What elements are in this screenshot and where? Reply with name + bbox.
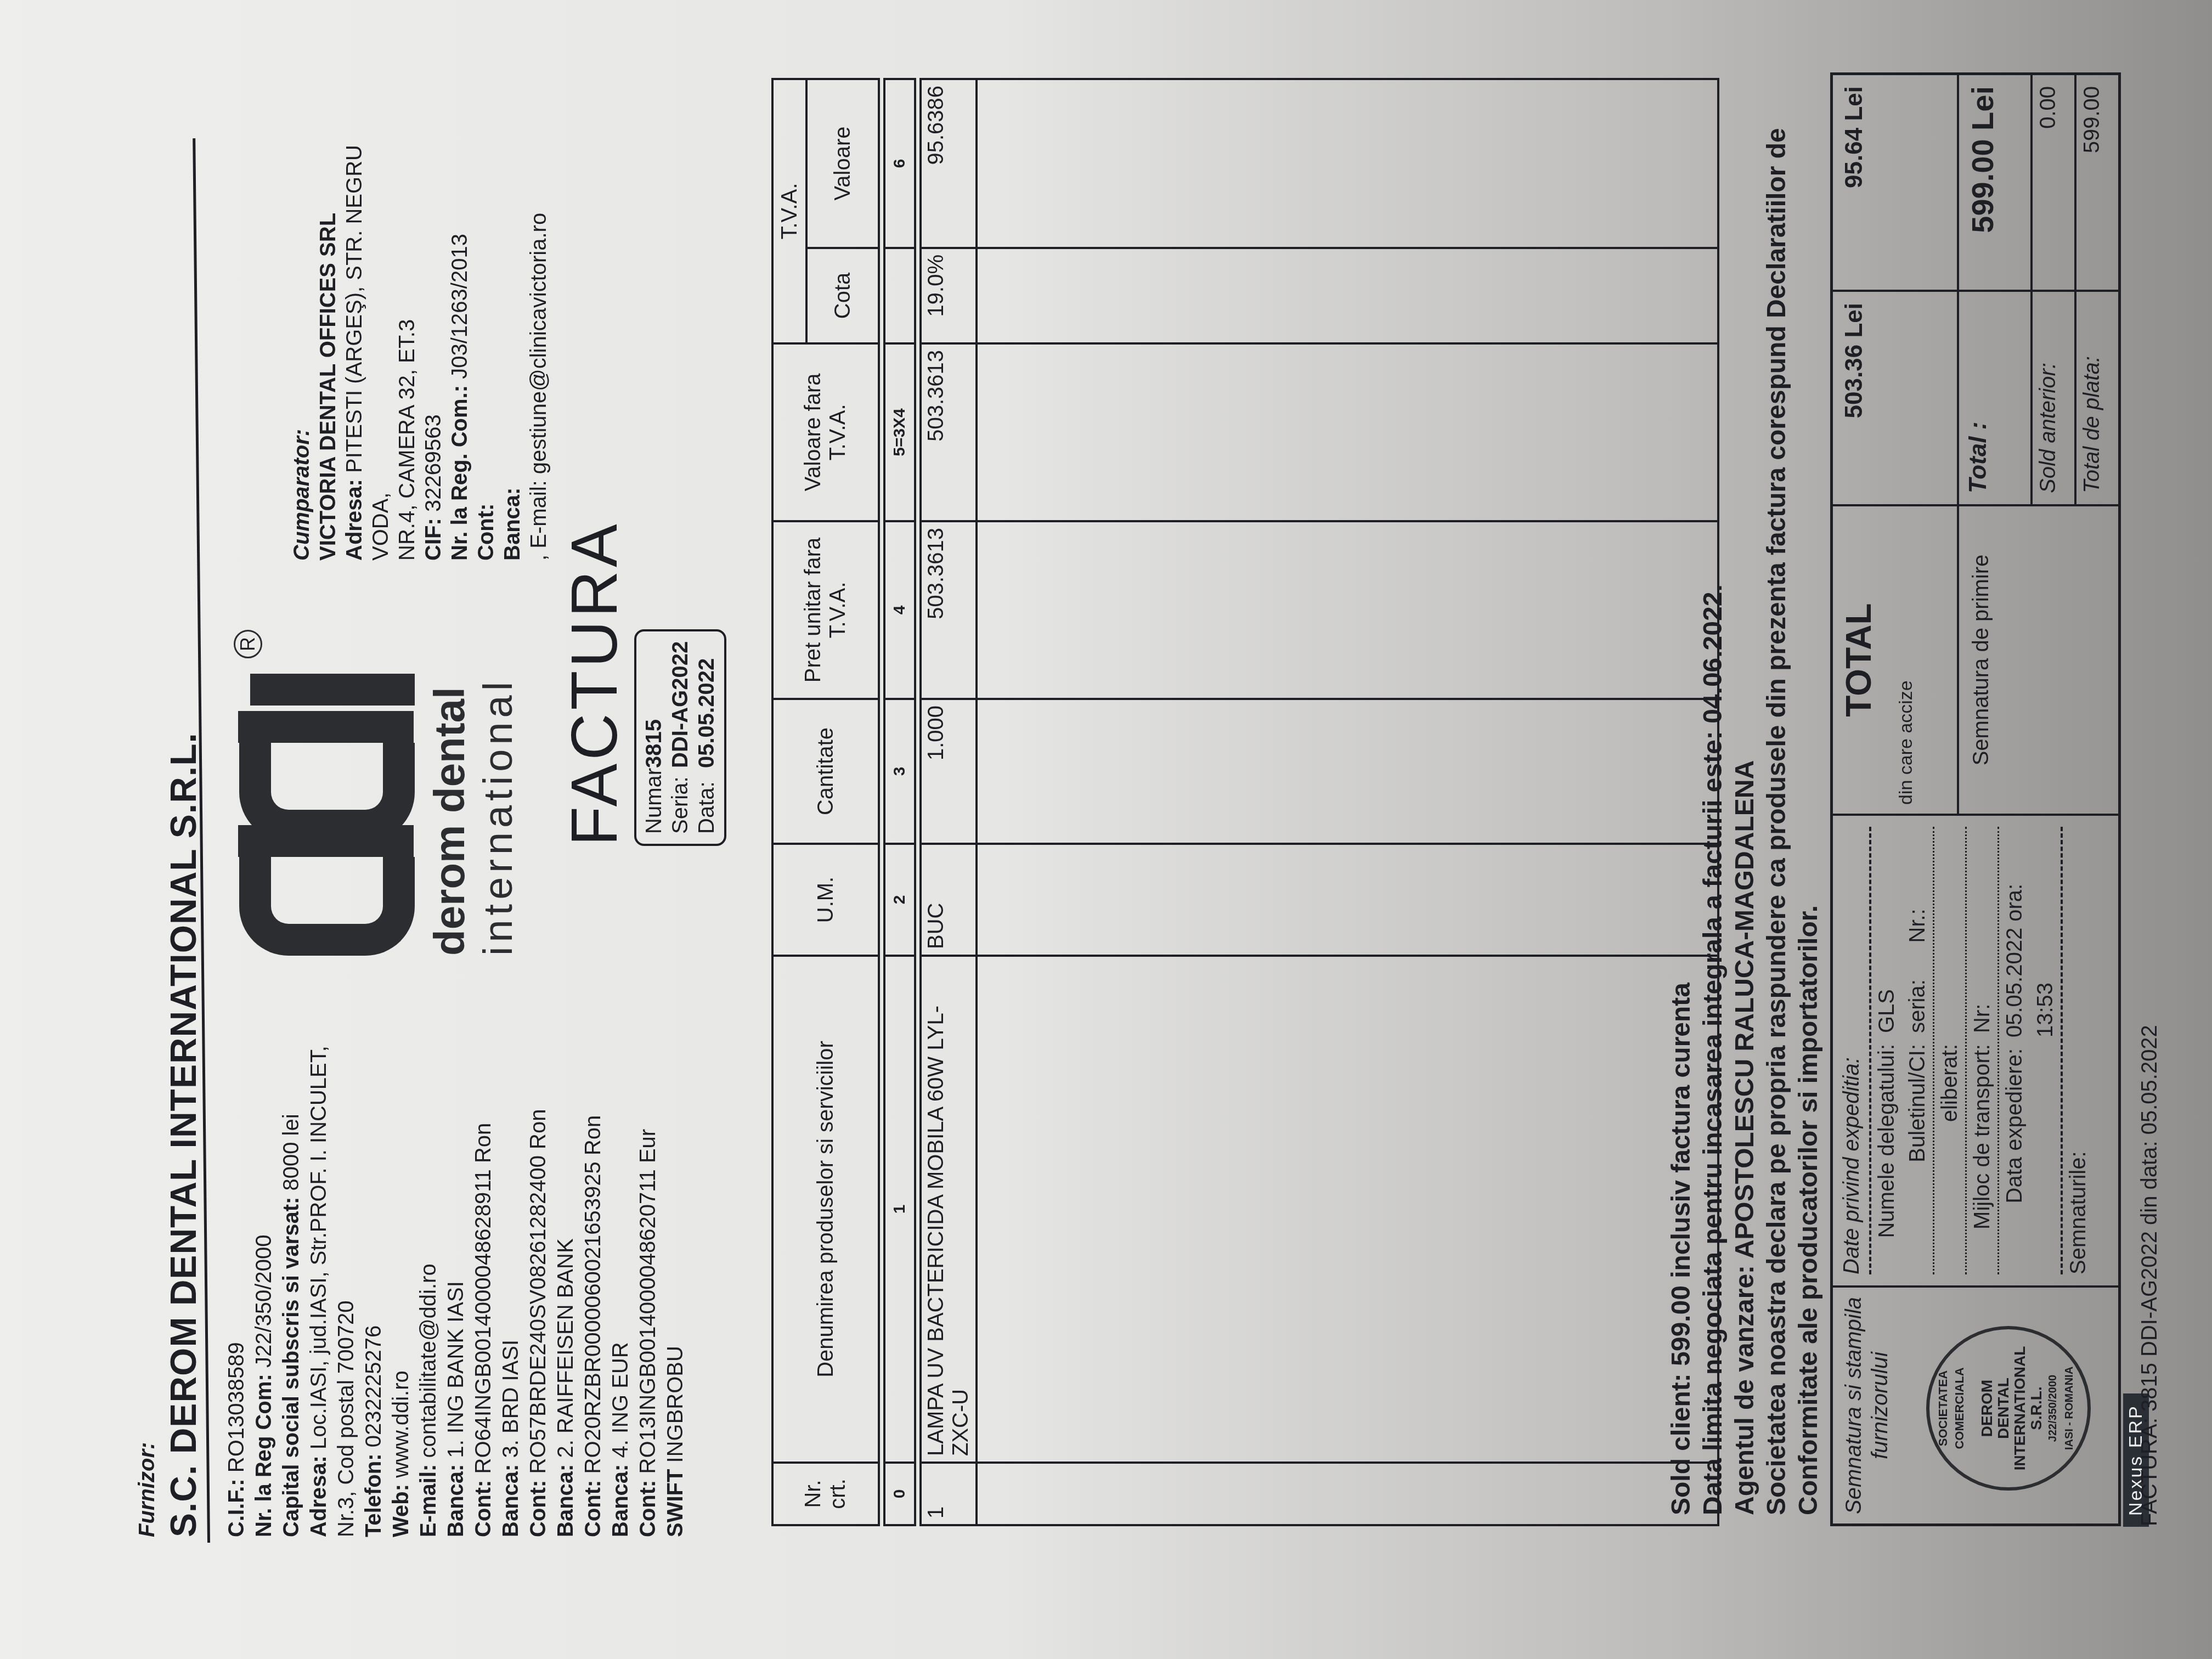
supplier-detail-row: Cont: RO20RZBR0000060021653925 Ron (579, 961, 607, 1537)
stamp-text: SOCIETATEA COMERCIALA (1935, 1329, 1968, 1487)
supplier-detail-key: Banca: (444, 1464, 468, 1537)
payment-deadline: Data limita negociata pentru incasarea i… (1697, 89, 1729, 1515)
registered-icon: R (234, 630, 262, 658)
supplier-detail-value: 1. ING BANK IASI (444, 1281, 468, 1458)
invoice-page: Furnizor: S.C. DEROM DENTAL INTERNATIONA… (3, 67, 2143, 1636)
column-index: 1 (884, 956, 915, 1463)
totals-amount-box: 503.36 Lei 95.64 Lei Total : 599.00 Lei … (1833, 75, 2118, 504)
supplier-detail-row: Cont: RO64INGB0014000048628911 Ron (470, 961, 497, 1537)
buyer-reg-label: Nr. la Reg. Com.: (448, 385, 472, 561)
supplier-detail-key: E-mail: (416, 1464, 441, 1537)
id-series-label: seria: (1902, 979, 1933, 1033)
signatures-label: Semnaturile: (2063, 827, 2093, 1274)
supplier-detail-key: Cont: (581, 1480, 605, 1537)
supplier-detail-value: Loc.IASI, jud.IASI, Str.PROF. I. INCULET… (307, 1046, 331, 1449)
supplier-detail-value: www.ddi.ro (389, 1370, 413, 1478)
to-pay-label: Total de plata: (2074, 290, 2118, 504)
column-index-row: 012345=3X46 (884, 79, 915, 1525)
sold-client: Sold client: 599.00 inclusiv factura cur… (1666, 89, 1697, 1515)
transport-label: Mijloc de transport: (1967, 1033, 1997, 1274)
invoice-notes: Sold client: 599.00 inclusiv factura cur… (1666, 89, 1825, 1515)
supplier-detail-key: Banca: (554, 1464, 578, 1537)
supplier-detail-key: Nr. la Reg Com: (252, 1374, 276, 1537)
supplier-detail-key: Web: (389, 1484, 413, 1537)
buyer-address-2: NR.4, CAMERA 32, ET.3 (394, 89, 420, 561)
supplier-detail-value: RO20RZBR0000060021653925 Ron (581, 1115, 605, 1474)
supplier-detail-key: C.I.F.: (224, 1479, 249, 1537)
id-nr-label: Nr.: (1902, 909, 1933, 943)
buyer-email: gestiune@clinicavictoria.ro (527, 213, 551, 474)
supplier-detail-key: Banca: (499, 1464, 523, 1537)
supplier-detail-key: Banca: (608, 1464, 633, 1537)
supplier-detail-row: Web: www.ddi.ro (387, 961, 415, 1537)
logo-i-glyph (250, 674, 415, 706)
supplier-details: C.I.F.: RO13038589Nr. la Reg Com: J22/35… (223, 961, 689, 1537)
supplier-detail-row: Capital social subscris si varsat: 8000 … (278, 961, 305, 1537)
supplier-detail-row: Banca: 1. ING BANK IASI (442, 961, 470, 1537)
numar-label: Numar (641, 768, 667, 834)
column-index: 3 (884, 699, 915, 844)
col-tva-group: T.V.A. (772, 79, 806, 343)
expedition-date: 05.05.2022 ora: 13:53 (1999, 827, 2061, 1037)
supplier-detail-value: 0232225276 (362, 1325, 386, 1447)
supplier-detail-value: 3. BRD IASI (499, 1340, 523, 1458)
receipt-signature-label: Semnatura de primire (1959, 506, 2003, 814)
supplier-detail-row: Banca: 2. RAIFFEISEN BANK (552, 961, 579, 1537)
buyer-label: Cumparator: (289, 89, 315, 561)
col-nr: Nr. crt. (772, 1463, 879, 1525)
brand-line-2: international (475, 572, 521, 956)
cell-unit-price: 503.3613 (921, 521, 977, 699)
expedition-title: Date privind expeditia: (1836, 827, 1871, 1274)
supplier-detail-value: contabilitate@ddi.ro (416, 1263, 441, 1458)
col-qty: Cantitate (772, 699, 879, 844)
data-label: Data: (693, 768, 720, 834)
supplier-detail-row: E-mail: contabilitate@ddi.ro (415, 961, 442, 1537)
supplier-detail-row: C.I.F.: RO13038589 (223, 961, 250, 1537)
cell-tva-rate: 19.0% (921, 248, 977, 343)
supplier-detail-key: Cont: (471, 1480, 495, 1537)
delegate-value: GLS (1871, 989, 1902, 1033)
footer-reference: FACTURA: 3815 DDI-AG2022 din data: 05.05… (2137, 1025, 2162, 1526)
supplier-detail-value: RO64INGB0014000048628911 Ron (471, 1123, 495, 1474)
column-index: 5=3X4 (884, 343, 915, 521)
stamp-text: S.R.L. (2028, 1329, 2045, 1487)
invoice-series: DDI-AG2022 (668, 641, 692, 768)
sales-agent: Agentul de vanzare: APOSTOLESCU RALUCA-M… (1729, 89, 1761, 1515)
cell-tva-value: 95.6386 (921, 79, 977, 248)
to-pay: 599.00 (2074, 75, 2118, 290)
buyer-name: VICTORIA DENTAL OFFICES SRL (315, 89, 341, 561)
issued-label: eliberat: (1934, 1033, 1965, 1274)
buyer-block: Cumparator: VICTORIA DENTAL OFFICES SRL … (289, 89, 552, 561)
supplier-detail-row: Nr.3, Cod postal 700720 (332, 961, 360, 1537)
seria-label: Seria: (667, 768, 693, 834)
supplier-detail-key: Telefon: (362, 1453, 386, 1537)
ddi-logo-mark: R (234, 572, 415, 956)
supplier-detail-row: Telefon: 0232225276 (360, 961, 387, 1537)
stamp-text: IASI - ROMANIA (2061, 1329, 2078, 1487)
buyer-address-label: Adresa: (342, 479, 366, 561)
buyer-email-label: , E-mail: (527, 480, 551, 561)
supplier-detail-value: J22/350/2000 (252, 1235, 276, 1368)
buyer-cont-label: Cont: (474, 504, 498, 561)
supplier-detail-key: Capital social subscris si varsat: (279, 1197, 303, 1537)
supplier-detail-row: SWIFT INGBROBU (662, 961, 689, 1537)
supplier-detail-value: INGBROBU (663, 1346, 687, 1463)
col-name: Denumirea produselor si serviciilor (772, 956, 879, 1463)
col-tva-rate: Cota (806, 248, 879, 343)
column-index: 2 (884, 844, 915, 956)
col-tva-value: Valoare (806, 79, 879, 248)
document-title: FACTURA (557, 521, 632, 846)
previous-balance: 0.00 (2030, 75, 2074, 290)
grand-total-label: Total : (1959, 290, 2030, 504)
cell-um: BUC (921, 844, 977, 956)
col-um: U.M. (772, 844, 879, 956)
supplier-detail-row: Nr. la Reg Com: J22/350/2000 (250, 961, 278, 1537)
total-vat: 95.64 Lei (1833, 75, 1959, 290)
invoice-footer-boxes: Semnatura si stampila furnizorului SOCIE… (1830, 72, 2121, 1526)
supplier-signature-label: Semnatura si stampila furnizorului (1841, 1288, 1893, 1523)
logo-d-glyph (239, 743, 415, 842)
column-index: 6 (884, 79, 915, 248)
table-row: 1LAMPA UV BACTERICIDA MOBILA 60W LYL-ZXC… (921, 79, 977, 1525)
supplier-detail-value: 2. RAIFFEISEN BANK (554, 1238, 578, 1458)
supplier-detail-value: RO13038589 (224, 1342, 249, 1472)
stamp-text: DENTAL (1995, 1329, 2012, 1487)
cell-nr: 1 (921, 1463, 977, 1525)
supplier-name: S.C. DEROM DENTAL INTERNATIONAL S.R.L. (162, 732, 204, 1537)
company-stamp: SOCIETATEA COMERCIALADEROMDENTALINTERNAT… (1926, 1326, 2091, 1491)
supplier-detail-value: Nr.3, Cod postal 700720 (334, 1301, 358, 1537)
invoice-number: 3815 (642, 719, 666, 768)
column-index: 4 (884, 521, 915, 699)
expedition-date-label: Data expediere: (1999, 1037, 2061, 1274)
supplier-detail-row: Cont: RO13INGB0014000048620711 Eur (634, 961, 662, 1537)
supplier-detail-row: Banca: 4. ING EUR (607, 961, 634, 1537)
supplier-signature-box: Semnatura si stampila furnizorului SOCIE… (1833, 1285, 2118, 1523)
buyer-banca-label: Banca: (500, 488, 524, 561)
supplier-detail-value: RO57BRDE240SV08261282400 Ron (526, 1109, 550, 1474)
buyer-cif: 32269563 (421, 414, 445, 512)
supplier-detail-row: Banca: 3. BRD IASI (497, 961, 524, 1537)
company-logo: R derom dental international (234, 572, 521, 956)
col-unit-price: Pret unitar fara T.V.A. (772, 521, 879, 699)
delegate-label: Numele delegatului: (1871, 1033, 1902, 1274)
column-index: 0 (884, 1463, 915, 1525)
supplier-detail-value: 8000 lei (279, 1114, 303, 1190)
supplier-label: Furnizor: (135, 1442, 160, 1537)
total-label: TOTAL (1838, 515, 1879, 805)
excise-label: din care accize (1895, 515, 1917, 805)
supplier-detail-key: Cont: (636, 1480, 660, 1537)
cell-value: 503.3613 (921, 343, 977, 521)
brand-line-1: derom dental (425, 572, 475, 956)
totals-label-box: TOTAL din care accize Semnatura de primi… (1833, 504, 2118, 814)
grand-total: 599.00 Lei (1959, 75, 2030, 290)
stamp-text: DEROM (1979, 1329, 1995, 1487)
total-without-vat: 503.36 Lei (1833, 290, 1959, 504)
invoice-date: 05.05.2022 (695, 658, 719, 768)
supplier-detail-key: SWIFT (663, 1469, 687, 1537)
supplier-detail-row: Adresa: Loc.IASI, jud.IASI, Str.PROF. I.… (305, 961, 332, 1537)
stamp-text: J22/350/2000 (2045, 1329, 2061, 1487)
id-label: Buletinul/CI: (1902, 1033, 1933, 1274)
supplier-detail-row: Cont: RO57BRDE240SV08261282400 Ron (524, 961, 552, 1537)
supplier-detail-value: RO13INGB0014000048620711 Eur (636, 1129, 660, 1474)
items-table: Nr. crt. Denumirea produselor si servici… (771, 78, 1719, 1526)
transport-nr-label: Nr: (1967, 1004, 1997, 1033)
stamp-text: INTERNATIONAL (2012, 1329, 2028, 1487)
supplier-detail-value: 4. ING EUR (608, 1342, 633, 1458)
expedition-box: Date privind expeditia: Numele delegatul… (1833, 814, 2118, 1285)
buyer-reg: J03/1263/2013 (448, 234, 472, 379)
cell-name: LAMPA UV BACTERICIDA MOBILA 60W LYL-ZXC-… (921, 956, 977, 1463)
buyer-cif-label: CIF: (421, 518, 445, 561)
document-info-box: Numar3815 Seria:DDI-AG2022 Data:05.05.20… (634, 629, 726, 846)
conformity-declaration: Societatea noastra declara pe propria ra… (1761, 89, 1825, 1515)
logo-d-glyph (239, 857, 415, 956)
column-index (884, 248, 915, 343)
previous-balance-label: Sold anterior: (2030, 290, 2074, 504)
supplier-detail-key: Cont: (526, 1480, 550, 1537)
cell-qty: 1.000 (921, 699, 977, 844)
supplier-detail-key: Adresa: (307, 1455, 331, 1537)
col-value: Valoare fara T.V.A. (772, 343, 879, 521)
